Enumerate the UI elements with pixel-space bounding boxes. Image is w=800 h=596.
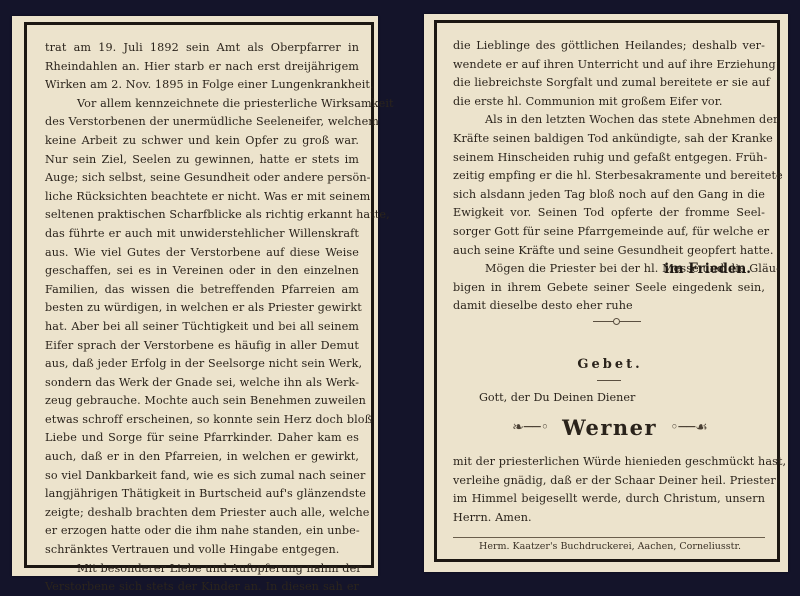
footer-divider (453, 537, 765, 538)
text-line: wendete er auf ihren Unterricht und auf … (453, 56, 765, 75)
deceased-name-row: ❧──◦ Werner ◦──☙ (437, 415, 783, 440)
text-line: die liebreichste Sorgfalt und zumal bere… (453, 74, 765, 93)
text-line: liche Rücksichten beachtete er nicht. Wa… (45, 188, 359, 207)
text-line: aus. Wie viel Gutes der Verstorbene auf … (45, 244, 359, 263)
text-line: sondern das Werk der Gnade sei, welche i… (45, 374, 359, 393)
left-page: trat am 19. Juli 1892 sein Amt als Oberp… (12, 16, 378, 576)
text-line: trat am 19. Juli 1892 sein Amt als Oberp… (45, 39, 359, 58)
text-line: Vor allem kennzeichnete die priesterlich… (45, 95, 359, 114)
text-line: bigen in ihrem Gebete seiner Seele einge… (453, 279, 765, 298)
text-line: im Himmel beigesellt werde, durch Christ… (453, 490, 765, 509)
text-line: des Verstorbenen der unermüdliche Seelen… (45, 113, 359, 132)
left-page-border: trat am 19. Juli 1892 sein Amt als Oberp… (24, 22, 374, 568)
text-line: aus, daß jeder Erfolg in der Seelsorge n… (45, 355, 359, 374)
text-line: Kräfte seinen baldigen Tod ankündigte, s… (453, 130, 765, 149)
text-line: zeitig empfing er die hl. Sterbesakramen… (453, 167, 765, 186)
text-line: Nur sein Ziel, Seelen zu gewinnen, hatte… (45, 151, 359, 170)
text-line: damit dieselbe desto eher ruhe (453, 297, 765, 316)
text-line: besten zu würdigen, in welchen er als Pr… (45, 299, 359, 318)
prayer-title-rule (597, 380, 621, 381)
text-line: Herrn. Amen. (453, 509, 765, 528)
text-line: langjährigen Thätigkeit in Burtscheid au… (45, 485, 359, 504)
text-line: schränktes Vertrauen und volle Hingabe e… (45, 541, 359, 560)
text-line: auch seine Kräfte und seine Gesundheit g… (453, 242, 765, 261)
text-line: zeug gebrauche. Mochte auch sein Benehme… (45, 392, 359, 411)
text-line: sorger Gott für seine Pfarrgemeinde auf,… (453, 223, 765, 242)
text-line: hat. Aber bei all seiner Tüchtigkeit und… (45, 318, 359, 337)
text-line: seinem Hinscheiden ruhig und gefaßt entg… (453, 149, 765, 168)
text-line: Liebe und Sorge für seine Pfarrkinder. D… (45, 429, 359, 448)
text-line: zeigte; deshalb brachten dem Priester au… (45, 504, 359, 523)
text-line: die Lieblinge des göttlichen Heilandes; … (453, 37, 765, 56)
text-line: auch, daß er in den Pfarreien, in welche… (45, 448, 359, 467)
text-line: Verstorbene sich stets der Kinder an. In… (45, 578, 359, 596)
prayer-intro: Gott, der Du Deinen Diener (479, 391, 635, 404)
text-line: Als in den letzten Wochen das stete Abne… (453, 111, 765, 130)
text-line: Wirken am 2. Nov. 1895 in Folge einer Lu… (45, 76, 359, 95)
text-line: Auge; sich selbst, seine Gesundheit oder… (45, 169, 359, 188)
closing-phrase: im Frieden. (664, 261, 751, 277)
text-line: verleihe gnädig, daß er der Schaar Deine… (453, 472, 765, 491)
text-line: Familien, das wissen die betreffenden Pf… (45, 281, 359, 300)
text-line: keine Arbeit zu schwer und kein Opfer zu… (45, 132, 359, 151)
text-line: seltenen praktischen Scharfblicke als ri… (45, 206, 359, 225)
text-line: mit der priesterlichen Würde hienieden g… (453, 453, 765, 472)
text-line: das führte er auch mit unwiderstehlicher… (45, 225, 359, 244)
left-page-text: trat am 19. Juli 1892 sein Amt als Oberp… (45, 39, 359, 596)
text-line: er erzogen hatte oder die ihm nahe stand… (45, 522, 359, 541)
right-page-border: die Lieblinge des göttlichen Heilandes; … (434, 20, 780, 562)
prayer-title: Gebet. (437, 357, 783, 372)
text-line: so viel Dankbarkeit fand, wie es sich zu… (45, 467, 359, 486)
prayer-text: mit der priesterlichen Würde hienieden g… (453, 453, 765, 527)
printer-imprint: Herm. Kaatzer's Buchdruckerei, Aachen, C… (437, 541, 783, 552)
deceased-name: Werner (562, 415, 657, 440)
text-line: Ewigkeit vor. Seinen Tod opferte der fro… (453, 204, 765, 223)
text-line: sich alsdann jeden Tag bloß noch auf den… (453, 186, 765, 205)
text-line: etwas schroff erscheinen, so konnte sein… (45, 411, 359, 430)
divider-ornament-dot (613, 318, 620, 325)
flourish-left-icon: ❧──◦ (512, 420, 549, 436)
text-line: Mit besonderer Liebe und Aufopferung nah… (45, 560, 359, 579)
text-line: Rheindahlen an. Hier starb er nach erst … (45, 58, 359, 77)
text-line: die erste hl. Communion mit großem Eifer… (453, 93, 765, 112)
flourish-right-icon: ◦──☙ (670, 420, 708, 436)
text-line: Eifer sprach der Verstorbene es häufig i… (45, 337, 359, 356)
text-line: geschaffen, sei es in Vereinen oder in d… (45, 262, 359, 281)
right-page: die Lieblinge des göttlichen Heilandes; … (424, 14, 788, 572)
